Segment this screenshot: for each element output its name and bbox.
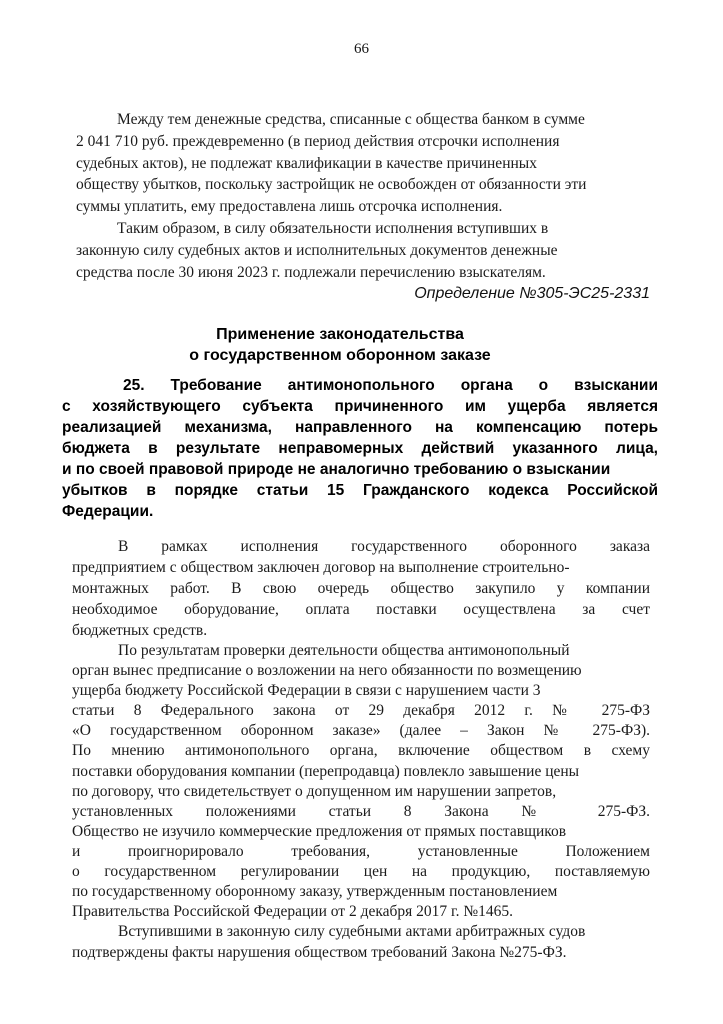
text-line: По мнению антимонопольного органа, включ…: [72, 741, 650, 761]
text-line: обществу убытков, поскольку застройщик н…: [76, 174, 652, 196]
paragraph-facts: В рамках исполнения государственного обо…: [72, 537, 650, 642]
section-heading: Применение законодательства о государств…: [50, 324, 630, 366]
text-line: Таким образом, в силу обязательности исп…: [76, 218, 652, 240]
paragraph-ruling-25: 25. Требование антимонопольного органа о…: [62, 375, 658, 522]
section-heading-line-1: Применение законодательства: [50, 324, 630, 345]
text-line: Общество не изучило коммерческие предлож…: [72, 822, 650, 842]
text-line: предприятием с обществом заключен догово…: [72, 558, 650, 579]
text-line: статьи 8 Федерального закона от 29 декаб…: [72, 701, 650, 721]
text-line: 2 041 710 руб. преждевременно (в период …: [76, 131, 652, 153]
text-line: и проигнорировало требования, установлен…: [72, 842, 650, 862]
paragraph-case-details: По результатам проверки деятельности общ…: [72, 641, 650, 922]
text-line: убытков в порядке статьи 15 Гражданского…: [62, 480, 658, 501]
text-line: с хозяйствующего субъекта причиненного и…: [62, 396, 658, 417]
text-line: поставки оборудования компании (перепрод…: [72, 762, 650, 782]
text-line: Между тем денежные средства, списанные с…: [76, 109, 652, 131]
text-line: По результатам проверки деятельности общ…: [72, 641, 650, 661]
text-line: необходимое оборудование, оплата поставк…: [72, 600, 650, 621]
text-line: судебных актов), не подлежат квалификаци…: [76, 153, 652, 175]
text-line: Правительства Российской Федерации от 2 …: [72, 902, 650, 922]
text-line: средства после 30 июня 2023 г. подлежали…: [76, 262, 652, 284]
text-line: о государственном регулировании цен на п…: [72, 862, 650, 882]
text-line: бюджетных средств.: [72, 621, 650, 642]
text-line: 25. Требование антимонопольного органа о…: [62, 375, 658, 396]
case-reference-line: Определение №305-ЭС25-2331: [76, 284, 650, 303]
text-line: бюджета в результате неправомерных дейст…: [62, 438, 658, 459]
text-line: Федерации.: [62, 501, 658, 522]
text-line: «О государственном оборонном заказе» (да…: [72, 721, 650, 741]
text-line: и по своей правовой природе не аналогичн…: [62, 459, 658, 480]
text-line: орган вынес предписание о возложении на …: [72, 661, 650, 681]
text-line: монтажных работ. В свою очередь общество…: [72, 579, 650, 600]
document-page: 66 Между тем денежные средства, списанны…: [0, 0, 723, 1024]
paragraph-final: Вступившими в законную силу судебными ак…: [72, 922, 650, 963]
text-line: по договору, что свидетельствует о допущ…: [72, 782, 650, 802]
text-line: ущерба бюджету Российской Федерации в св…: [72, 681, 650, 701]
text-line: реализацией механизма, направленного на …: [62, 417, 658, 438]
text-line: суммы уплатить, ему предоставлена лишь о…: [76, 196, 652, 218]
text-line: подтверждены факты нарушения обществом т…: [72, 943, 650, 964]
section-heading-line-2: о государственном оборонном заказе: [50, 345, 630, 366]
text-line: по государственному оборонному заказу, у…: [72, 882, 650, 902]
paragraph-intro: Между тем денежные средства, списанные с…: [76, 109, 652, 283]
text-line: В рамках исполнения государственного обо…: [72, 537, 650, 558]
page-number: 66: [0, 40, 723, 58]
text-line: Вступившими в законную силу судебными ак…: [72, 922, 650, 943]
text-line: законную силу судебных актов и исполните…: [76, 240, 652, 262]
text-line: установленных положениями статьи 8 Закон…: [72, 802, 650, 822]
